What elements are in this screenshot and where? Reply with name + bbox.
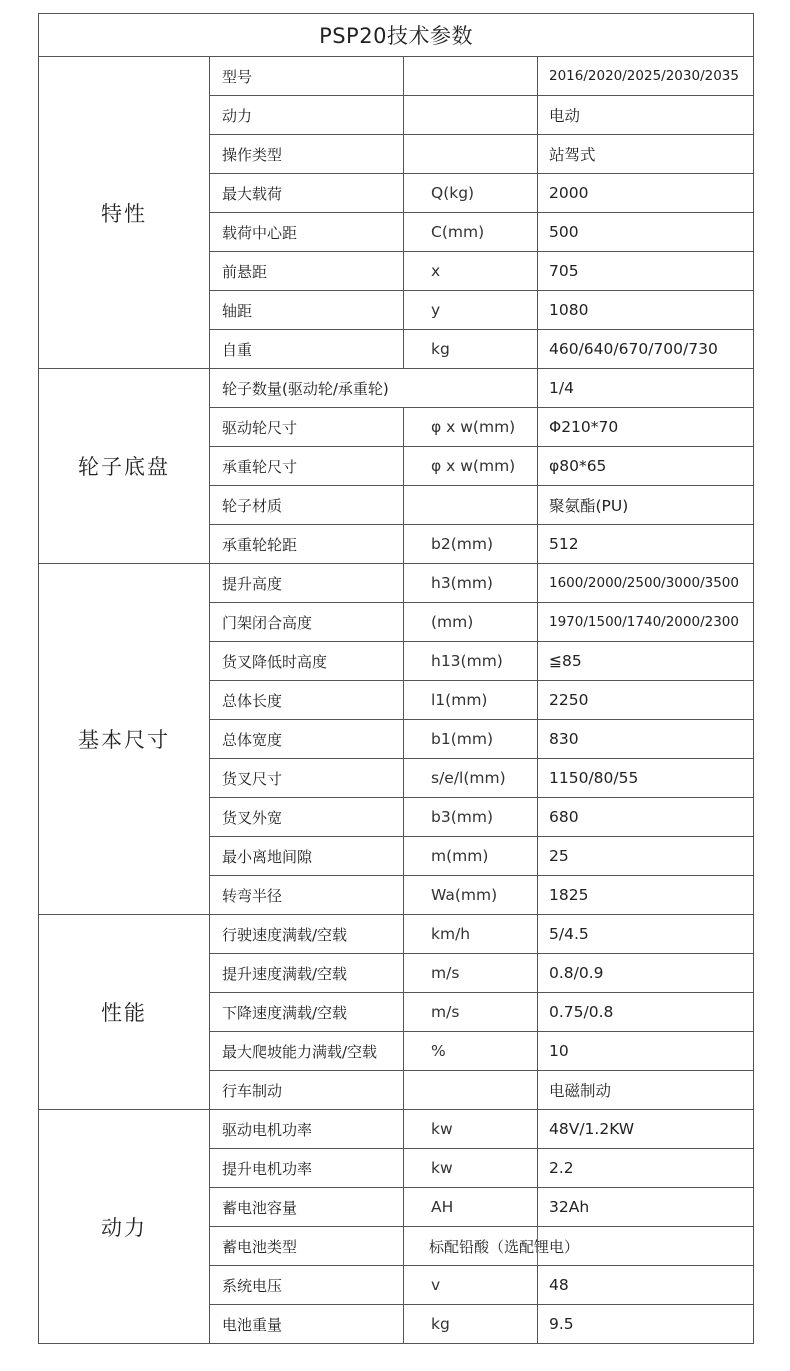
param-symbol: φ x w(mm) [404, 447, 538, 486]
param-symbol: b3(mm) [404, 798, 538, 837]
group-label-basic-dimensions: 基本尺寸 [39, 564, 210, 915]
param-symbol: y [404, 291, 538, 330]
table-row: 动力 驱动电机功率 kw 48V/1.2KW [39, 1110, 754, 1149]
param-value: 48 [538, 1266, 754, 1305]
param-name: 蓄电池容量 [210, 1188, 404, 1227]
param-symbol-spanning: 标配铅酸（选配锂电） [404, 1227, 754, 1266]
group-label-power: 动力 [39, 1110, 210, 1344]
param-symbol: v [404, 1266, 538, 1305]
param-value: 聚氨酯(PU) [538, 486, 754, 525]
group-label-characteristics: 特性 [39, 57, 210, 369]
param-symbol [404, 486, 538, 525]
param-symbol: kw [404, 1110, 538, 1149]
battery-type-text: 标配铅酸（选配锂电） [429, 1238, 579, 1256]
param-name: 总体宽度 [210, 720, 404, 759]
param-symbol: (mm) [404, 603, 538, 642]
param-name: 系统电压 [210, 1266, 404, 1305]
param-symbol: m/s [404, 993, 538, 1032]
param-symbol: km/h [404, 915, 538, 954]
param-name: 最大载荷 [210, 174, 404, 213]
param-symbol: h13(mm) [404, 642, 538, 681]
param-value: 1825 [538, 876, 754, 915]
param-value: 512 [538, 525, 754, 564]
param-name: 蓄电池类型 [210, 1227, 404, 1266]
param-name: 最小离地间隙 [210, 837, 404, 876]
param-symbol: φ x w(mm) [404, 408, 538, 447]
param-name: 承重轮尺寸 [210, 447, 404, 486]
table-row: 性能 行驶速度满载/空载 km/h 5/4.5 [39, 915, 754, 954]
title-row: PSP20技术参数 [39, 14, 754, 57]
param-symbol: % [404, 1032, 538, 1071]
param-value: 10 [538, 1032, 754, 1071]
param-value: 460/640/670/700/730 [538, 330, 754, 369]
param-symbol: kg [404, 330, 538, 369]
param-symbol: l1(mm) [404, 681, 538, 720]
param-value: 站驾式 [538, 135, 754, 174]
param-symbol: s/e/l(mm) [404, 759, 538, 798]
param-symbol: Wa(mm) [404, 876, 538, 915]
param-value: 2016/2020/2025/2030/2035 [538, 57, 754, 96]
param-symbol [404, 57, 538, 96]
param-value: 680 [538, 798, 754, 837]
group-label-wheels-chassis: 轮子底盘 [39, 369, 210, 564]
param-value: 2.2 [538, 1149, 754, 1188]
param-value: 1/4 [538, 369, 754, 408]
param-value: 5/4.5 [538, 915, 754, 954]
param-name: 下降速度满载/空载 [210, 993, 404, 1032]
param-value: 500 [538, 213, 754, 252]
param-name: 总体长度 [210, 681, 404, 720]
table-row: 特性 型号 2016/2020/2025/2030/2035 [39, 57, 754, 96]
column-divider [537, 1227, 538, 1265]
param-value: 1150/80/55 [538, 759, 754, 798]
param-name: 提升电机功率 [210, 1149, 404, 1188]
param-symbol: m(mm) [404, 837, 538, 876]
param-value: 0.75/0.8 [538, 993, 754, 1032]
param-name: 载荷中心距 [210, 213, 404, 252]
param-name: 轴距 [210, 291, 404, 330]
param-name: 前悬距 [210, 252, 404, 291]
param-name: 驱动电机功率 [210, 1110, 404, 1149]
param-symbol: b1(mm) [404, 720, 538, 759]
param-name: 电池重量 [210, 1305, 404, 1344]
param-value: 电动 [538, 96, 754, 135]
param-value: 1970/1500/1740/2000/2300 [538, 603, 754, 642]
param-name: 操作类型 [210, 135, 404, 174]
param-symbol [404, 135, 538, 174]
param-name: 自重 [210, 330, 404, 369]
param-value: 830 [538, 720, 754, 759]
param-name: 货叉尺寸 [210, 759, 404, 798]
param-symbol: Q(kg) [404, 174, 538, 213]
spec-table: PSP20技术参数 特性 型号 2016/2020/2025/2030/2035… [38, 13, 754, 1344]
param-name: 货叉外宽 [210, 798, 404, 837]
param-symbol: C(mm) [404, 213, 538, 252]
param-symbol [404, 96, 538, 135]
param-value: Φ210*70 [538, 408, 754, 447]
param-value: 1600/2000/2500/3000/3500 [538, 564, 754, 603]
param-value: 9.5 [538, 1305, 754, 1344]
param-name: 轮子数量(驱动轮/承重轮) [210, 369, 538, 408]
param-name: 提升速度满载/空载 [210, 954, 404, 993]
param-name: 提升高度 [210, 564, 404, 603]
param-value: 电磁制动 [538, 1071, 754, 1110]
param-symbol: x [404, 252, 538, 291]
param-name: 转弯半径 [210, 876, 404, 915]
param-value: φ80*65 [538, 447, 754, 486]
param-name: 行车制动 [210, 1071, 404, 1110]
param-symbol: AH [404, 1188, 538, 1227]
param-value: 0.8/0.9 [538, 954, 754, 993]
table-title: PSP20技术参数 [39, 14, 754, 57]
param-name: 货叉降低时高度 [210, 642, 404, 681]
param-name: 型号 [210, 57, 404, 96]
param-symbol [404, 1071, 538, 1110]
param-value: 2250 [538, 681, 754, 720]
param-name: 行驶速度满载/空载 [210, 915, 404, 954]
table-row: 轮子底盘 轮子数量(驱动轮/承重轮) 1/4 [39, 369, 754, 408]
param-value: 25 [538, 837, 754, 876]
param-symbol: m/s [404, 954, 538, 993]
param-value: 32Ah [538, 1188, 754, 1227]
table-row: 基本尺寸 提升高度 h3(mm) 1600/2000/2500/3000/350… [39, 564, 754, 603]
param-symbol: kw [404, 1149, 538, 1188]
param-name: 轮子材质 [210, 486, 404, 525]
param-name: 承重轮轮距 [210, 525, 404, 564]
param-name: 动力 [210, 96, 404, 135]
param-value: ≦85 [538, 642, 754, 681]
param-name: 最大爬坡能力满载/空载 [210, 1032, 404, 1071]
group-label-performance: 性能 [39, 915, 210, 1110]
param-name: 门架闭合高度 [210, 603, 404, 642]
param-value: 1080 [538, 291, 754, 330]
param-value: 2000 [538, 174, 754, 213]
param-symbol: h3(mm) [404, 564, 538, 603]
param-symbol: b2(mm) [404, 525, 538, 564]
param-value: 705 [538, 252, 754, 291]
param-symbol: kg [404, 1305, 538, 1344]
param-value: 48V/1.2KW [538, 1110, 754, 1149]
param-name: 驱动轮尺寸 [210, 408, 404, 447]
